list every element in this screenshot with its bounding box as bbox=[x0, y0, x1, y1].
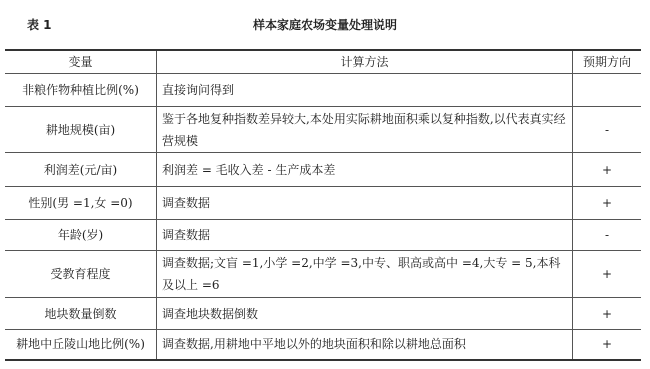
cell-direction: + bbox=[573, 251, 642, 298]
cell-direction: + bbox=[573, 153, 642, 187]
table-title: 样本家庭农场变量处理说明 bbox=[0, 16, 650, 33]
cell-variable: 耕地规模(亩) bbox=[5, 107, 157, 153]
cell-method: 直接询问得到 bbox=[157, 74, 573, 107]
table-row: 性别(男 =1,女 =0) 调查数据 + bbox=[5, 187, 641, 220]
table-row: 地块数量倒数 调查地块数据倒数 + bbox=[5, 298, 641, 330]
cell-variable: 耕地中丘陵山地比例(%) bbox=[5, 330, 157, 360]
header-direction: 预期方向 bbox=[573, 50, 642, 74]
header-variable: 变量 bbox=[5, 50, 157, 74]
table-caption: 表 1 样本家庭农场变量处理说明 bbox=[0, 16, 650, 36]
cell-variable: 地块数量倒数 bbox=[5, 298, 157, 330]
header-method: 计算方法 bbox=[157, 50, 573, 74]
table-row: 耕地规模(亩) 鉴于各地复种指数差异较大,本处用实际耕地面积乘以复种指数,以代表… bbox=[5, 107, 641, 153]
variable-table: 变量 计算方法 预期方向 非粮作物种植比例(%) 直接询问得到 耕地规模(亩) … bbox=[5, 49, 641, 361]
cell-method: 调查数据 bbox=[157, 187, 573, 220]
cell-variable: 性别(男 =1,女 =0) bbox=[5, 187, 157, 220]
cell-method: 调查数据;文盲 =1,小学 =2,中学 =3,中专、职高或高中 =4,大专 = … bbox=[157, 251, 573, 298]
cell-method: 利润差 = 毛收入差 - 生产成本差 bbox=[157, 153, 573, 187]
cell-method: 调查地块数据倒数 bbox=[157, 298, 573, 330]
cell-variable: 年龄(岁) bbox=[5, 220, 157, 251]
cell-variable: 非粮作物种植比例(%) bbox=[5, 74, 157, 107]
cell-method: 鉴于各地复种指数差异较大,本处用实际耕地面积乘以复种指数,以代表真实经营规模 bbox=[157, 107, 573, 153]
cell-variable: 利润差(元/亩) bbox=[5, 153, 157, 187]
table-header-row: 变量 计算方法 预期方向 bbox=[5, 50, 641, 74]
cell-direction: + bbox=[573, 298, 642, 330]
cell-method: 调查数据 bbox=[157, 220, 573, 251]
cell-direction: + bbox=[573, 330, 642, 360]
table-row: 耕地中丘陵山地比例(%) 调查数据,用耕地中平地以外的地块面积和除以耕地总面积 … bbox=[5, 330, 641, 360]
cell-method: 调查数据,用耕地中平地以外的地块面积和除以耕地总面积 bbox=[157, 330, 573, 360]
cell-variable: 受教育程度 bbox=[5, 251, 157, 298]
cell-direction bbox=[573, 74, 642, 107]
table-row: 受教育程度 调查数据;文盲 =1,小学 =2,中学 =3,中专、职高或高中 =4… bbox=[5, 251, 641, 298]
cell-direction: - bbox=[573, 220, 642, 251]
table-row: 利润差(元/亩) 利润差 = 毛收入差 - 生产成本差 + bbox=[5, 153, 641, 187]
table-row: 年龄(岁) 调查数据 - bbox=[5, 220, 641, 251]
cell-direction: + bbox=[573, 187, 642, 220]
table-row: 非粮作物种植比例(%) 直接询问得到 bbox=[5, 74, 641, 107]
cell-direction: - bbox=[573, 107, 642, 153]
